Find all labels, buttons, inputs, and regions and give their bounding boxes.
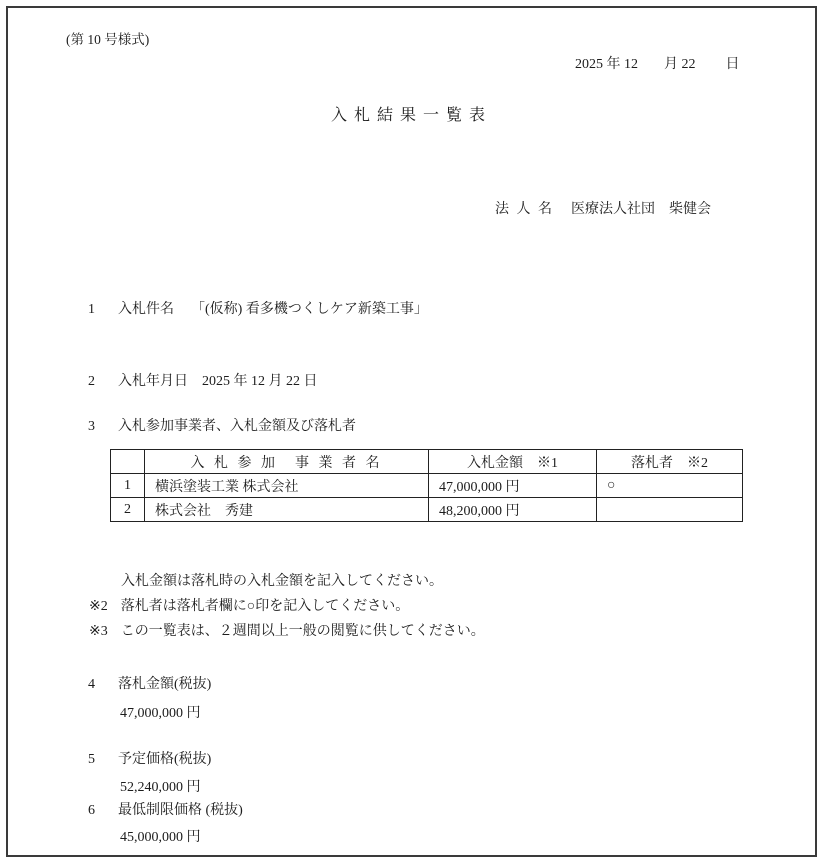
note-bid-amount: 入札金額は落札時の入札金額を記入してください。: [121, 574, 443, 591]
item-label: 最低制限価格 (税抜): [118, 803, 243, 818]
item-number: 4: [88, 677, 95, 694]
corporation-line: 法 人 名医療法人社団 柴健会: [495, 202, 711, 219]
bidder-name: 横浜塗装工業 株式会社: [145, 474, 429, 498]
row-number: 2: [111, 498, 145, 522]
note-public-viewing: ※3この一覧表は、２週間以上一般の閲覧に供してください。: [89, 624, 485, 641]
item-label: 落札金額(税抜): [118, 677, 211, 692]
item-bid-name: 1入札件名「(仮称) 看多機つくしケア新築工事」: [88, 302, 428, 319]
item-planned-price: 5予定価格(税抜): [88, 752, 211, 769]
row-number: 1: [111, 474, 145, 498]
item-participants-heading: 3入札参加事業者、入札金額及び落札者: [88, 419, 356, 436]
header-no: [111, 450, 145, 474]
corporation-name: 医療法人社団 柴健会: [571, 202, 711, 217]
item-winning-amount: 4落札金額(税抜): [88, 677, 211, 694]
item-number: 6: [88, 803, 95, 820]
item-number: 5: [88, 752, 95, 769]
item-number: 2: [88, 374, 95, 391]
minimum-price-value: 45,000,000 円: [120, 830, 201, 847]
item-minimum-price: 6最低制限価格 (税抜): [88, 803, 243, 820]
note-text: この一覧表は、２週間以上一般の閲覧に供してください。: [121, 624, 485, 639]
table-row: 1 横浜塗装工業 株式会社 47,000,000 円 ○: [111, 474, 743, 498]
bidder-name: 株式会社 秀建: [145, 498, 429, 522]
note-mark: ※2: [89, 599, 108, 616]
item-number: 1: [88, 302, 95, 319]
date-day-suffix: 日: [726, 57, 740, 72]
corporation-label: 法 人 名: [495, 202, 554, 217]
item-number: 3: [88, 419, 95, 436]
page-title: 入札結果一覧表: [8, 102, 815, 125]
item-bid-date: 2入札年月日2025 年 12 月 22 日: [88, 374, 318, 391]
item-label: 入札件名: [118, 302, 174, 317]
date-month-day: 月 22: [664, 57, 696, 72]
table-row: 2 株式会社 秀建 48,200,000 円: [111, 498, 743, 522]
item-label: 予定価格(税抜): [118, 752, 211, 767]
note-text: 落札者は落札者欄に○印を記入してください。: [121, 599, 409, 614]
winner-mark: [597, 498, 743, 522]
table-header-row: 入 札 参 加 事 業 者 名 入札金額 ※1 落札者 ※2: [111, 450, 743, 474]
winning-amount-value: 47,000,000 円: [120, 706, 201, 723]
planned-price-value: 52,240,000 円: [120, 780, 201, 797]
bid-amount: 48,200,000 円: [429, 498, 597, 522]
form-number-label: (第 10 号様式): [66, 32, 149, 48]
header-bidder-name: 入 札 参 加 事 業 者 名: [145, 450, 429, 474]
item-label: 入札参加事業者、入札金額及び落札者: [118, 419, 356, 434]
document-date: 2025 年 12月 22日: [575, 57, 740, 74]
bid-date-value: 2025 年 12 月 22 日: [202, 374, 318, 389]
bid-project-name: 「(仮称) 看多機つくしケア新築工事」: [191, 302, 428, 317]
header-bid-amount: 入札金額 ※1: [429, 450, 597, 474]
bid-amount: 47,000,000 円: [429, 474, 597, 498]
winner-mark: ○: [597, 474, 743, 498]
note-winner: ※2落札者は落札者欄に○印を記入してください。: [89, 599, 409, 616]
bid-results-table: 入 札 参 加 事 業 者 名 入札金額 ※1 落札者 ※2 1 横浜塗装工業 …: [110, 449, 743, 522]
header-winner: 落札者 ※2: [597, 450, 743, 474]
item-label: 入札年月日: [118, 374, 188, 389]
date-year-month: 2025 年 12: [575, 57, 638, 72]
document-page: (第 10 号様式) 2025 年 12月 22日 入札結果一覧表 法 人 名医…: [6, 6, 817, 857]
note-mark: ※3: [89, 624, 108, 641]
